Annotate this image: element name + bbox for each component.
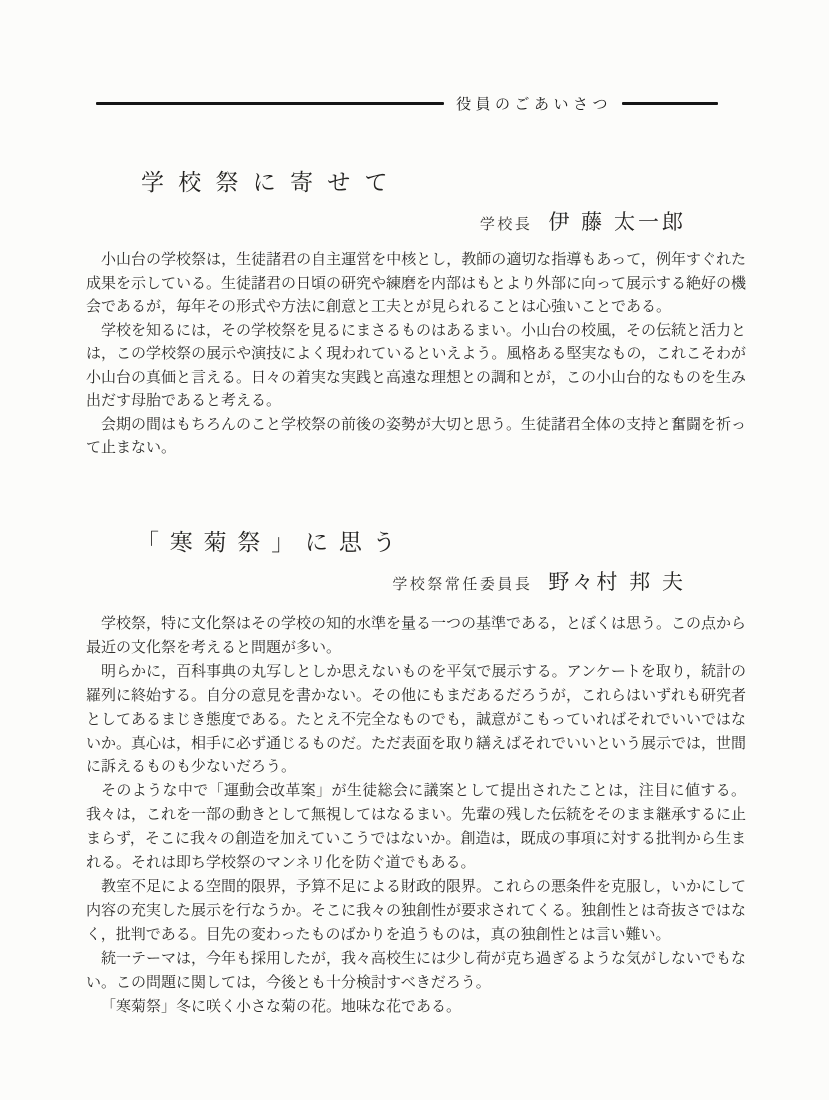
article-2-author-name: 野々村 邦 夫	[548, 571, 686, 594]
paragraph: 統一テーマは，今年も採用したが，我々高校生には少し荷が克ち過ぎるような気がしない…	[86, 948, 746, 996]
section-header-label: 役員のごあいさつ	[456, 93, 612, 114]
article-2-author-role: 学校祭常任委員長	[392, 576, 532, 593]
article-1-author: 学校長伊 藤 太一郎	[0, 206, 686, 236]
article-2-author: 学校祭常任委員長野々村 邦 夫	[0, 566, 686, 596]
paragraph: 会期の間はもちろんのこと学校祭の前後の姿勢が大切と思う。生徒諸君全体の支持と奮闘…	[86, 414, 746, 461]
paragraph: 学校祭，特に文化祭はその学校の知的水準を量る一つの基準である，とぼくは思う。この…	[86, 613, 746, 661]
paragraph: 学校を知るには，その学校祭を見るにまさるものはあるまい。小山台の校風，その伝統と…	[86, 320, 746, 414]
article-1-author-name: 伊 藤 太一郎	[548, 211, 686, 234]
paragraph: そのような中で「運動会改革案」が生徒総会に議案として提出されたことは，注目に値す…	[86, 780, 746, 876]
article-1-author-role: 学校長	[480, 216, 533, 233]
article-1-title: 学校祭に寄せて	[141, 164, 402, 197]
article-1-body: 小山台の学校祭は，生徒諸君の自主運営を中核とし，教師の適切な指導もあって，例年す…	[86, 249, 746, 461]
header-rule-right	[622, 102, 718, 105]
header-rule-left	[96, 102, 444, 105]
paragraph: 教室不足による空間的限界，予算不足による財政的限界。これらの悪条件を克服し，いか…	[86, 876, 746, 948]
paragraph: 「寒菊祭」冬に咲く小さな菊の花。地味な花である。	[86, 996, 746, 1020]
scanned-document-page: 役員のごあいさつ 学校祭に寄せて 学校長伊 藤 太一郎 小山台の学校祭は，生徒諸…	[0, 0, 829, 1100]
article-2-title: 「寒菊祭」に思う	[136, 524, 406, 557]
paragraph: 明らかに，百科事典の丸写しとしか思えないものを平気で展示する。アンケートを取り，…	[86, 661, 746, 781]
paragraph: 小山台の学校祭は，生徒諸君の自主運営を中核とし，教師の適切な指導もあって，例年す…	[86, 249, 746, 320]
article-2-body: 学校祭，特に文化祭はその学校の知的水準を量る一つの基準である，とぼくは思う。この…	[86, 613, 746, 1019]
section-header: 役員のごあいさつ	[96, 93, 724, 114]
